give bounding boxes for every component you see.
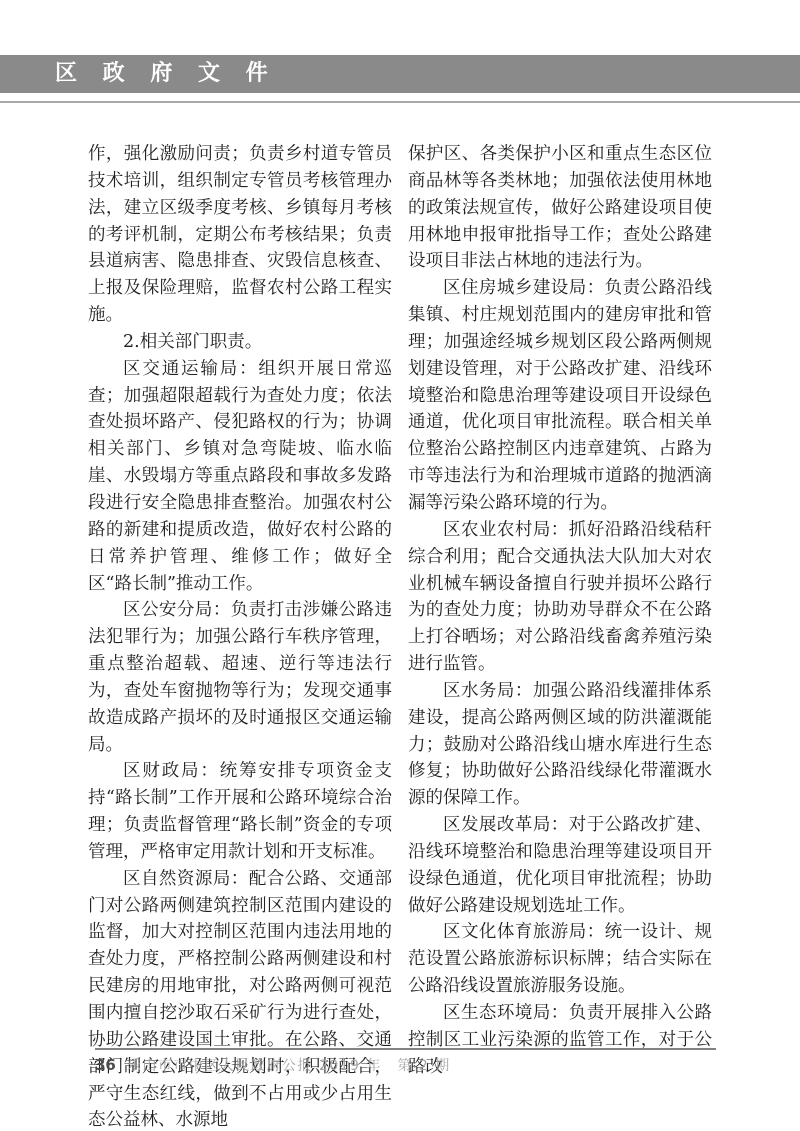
paragraph: 区自然资源局：配合公路、交通部门对公路两侧建筑控制区范围内建设的监督，加大对控制… [88, 866, 392, 1131]
paragraph: 区发展改革局：对于公路改扩建、沿线环境整治和隐患治理等建设项目开设绿色通道，优化… [408, 812, 712, 919]
paragraph: 区水务局：加强公路沿线灌排体系建设，提高公路两侧区域的防洪灌溉能力；鼓励对公路沿… [408, 678, 712, 812]
document-body: 作，强化激励问责；负责乡村道专管员技术培训，组织制定专管员考核管理办法，建立区级… [88, 141, 712, 1131]
page-footer: 36 乐山市市中区人民政府公报 2019 年 第 2 期 [95, 1055, 716, 1075]
footer-divider [95, 1048, 716, 1050]
right-column: 保护区、各类保护小区和重点生态区位商品林等各类林地；加强依法使用林地的政策法规宣… [408, 141, 712, 1131]
paragraph: 区住房城乡建设局：负责公路沿线集镇、村庄规划范围内的建房审批和管理；加强途经城乡… [408, 275, 712, 517]
section-header-bar: 区 政 府 文 件 [0, 55, 800, 93]
header-divider [0, 101, 800, 103]
publication-title: 乐山市市中区人民政府公报 2019 年 第 2 期 [127, 1055, 451, 1075]
gazette-page: 区 政 府 文 件 作，强化激励问责；负责乡村道专管员技术培训，组织制定专管员考… [0, 0, 800, 1131]
paragraph: 区交通运输局：组织开展日常巡查；加强超限超载行为查处力度；依法查处损坏路产、侵犯… [88, 356, 392, 598]
paragraph: 区财政局：统筹安排专项资金支持“路长制”工作开展和公路环境综合治理；负责监督管理… [88, 758, 392, 865]
page-number: 36 [95, 1056, 116, 1074]
paragraph: 作，强化激励问责；负责乡村道专管员技术培训，组织制定专管员考核管理办法，建立区级… [88, 141, 392, 329]
paragraph: 2.相关部门职责。 [88, 329, 392, 356]
paragraph: 区公安分局：负责打击涉嫌公路违法犯罪行为；加强公路行车秩序管理，重点整治超载、超… [88, 597, 392, 758]
left-column: 作，强化激励问责；负责乡村道专管员技术培训，组织制定专管员考核管理办法，建立区级… [88, 141, 392, 1131]
paragraph: 区文化体育旅游局：统一设计、规范设置公路旅游标识标牌；结合实际在公路沿线设置旅游… [408, 919, 712, 1000]
paragraph: 保护区、各类保护小区和重点生态区位商品林等各类林地；加强依法使用林地的政策法规宣… [408, 141, 712, 275]
paragraph: 区农业农村局：抓好沿路沿线秸秆综合利用；配合交通执法大队加大对农业机械车辆设备擅… [408, 517, 712, 678]
section-title: 区 政 府 文 件 [0, 55, 800, 93]
